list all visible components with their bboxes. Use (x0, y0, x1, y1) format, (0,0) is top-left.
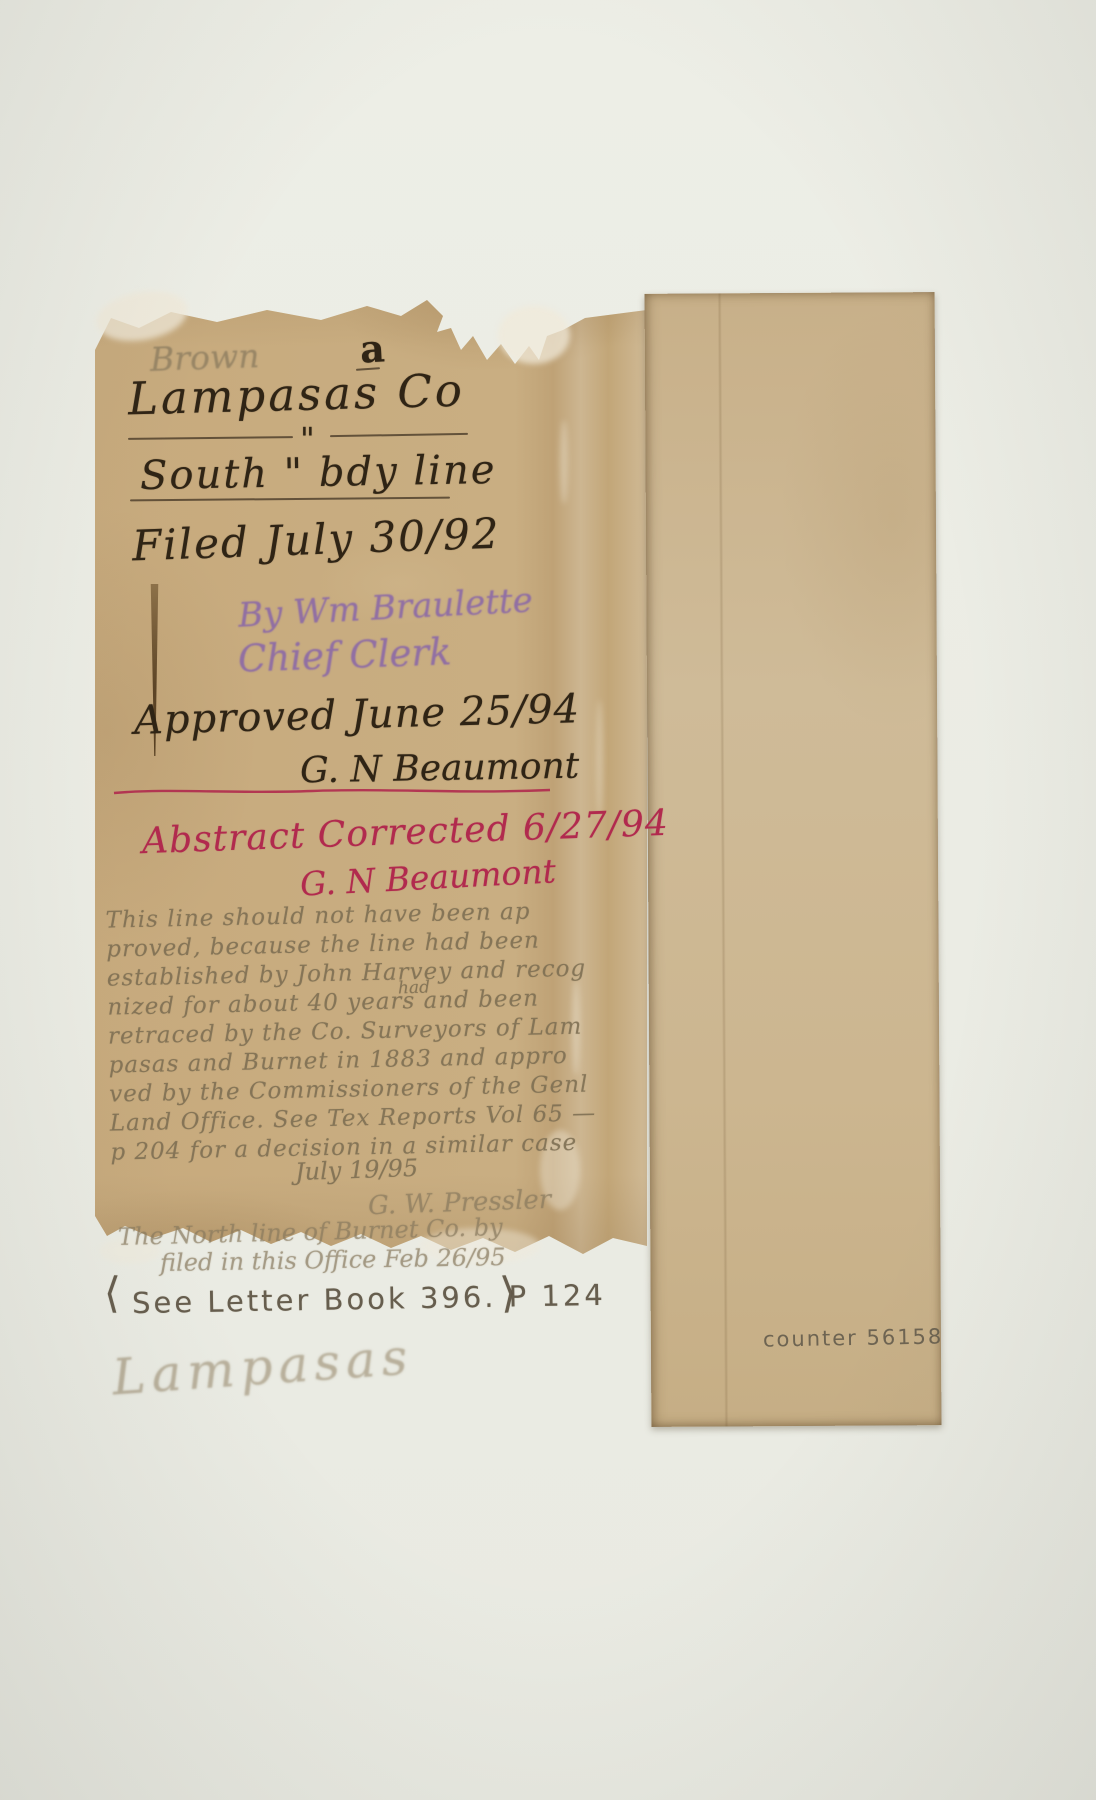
letter-book-bracket-open: ⟨ (103, 1268, 121, 1318)
ghost-county-name: Lampasas (110, 1328, 415, 1407)
counter-number: counter 56158 (763, 1324, 944, 1351)
torn-edge-fray (498, 306, 570, 364)
fold-crease (718, 293, 729, 1426)
seam-fray (596, 700, 603, 820)
letter-book-bracket-close: ⟩ (498, 1267, 518, 1317)
red-underline-divider (112, 784, 552, 798)
clerk-stamp-title: Chief Clerk (237, 630, 452, 680)
correction-letter-a: a (359, 325, 386, 371)
addendum-line-2: filed in this Office Feb 26/95 (160, 1243, 506, 1277)
scan-background: Brown a Lampasas Co " South " bdy line F… (0, 0, 1096, 1800)
county-title: Lampasas Co (127, 364, 465, 426)
pencil-memorandum: This line should not have been ap proved… (105, 897, 550, 1167)
document-wrapper-right-flap (645, 292, 942, 1427)
subject-line: South " bdy line (140, 447, 497, 499)
letter-book-reference: See Letter Book 396. P 124 (132, 1278, 606, 1320)
seam-fray (560, 420, 568, 504)
memo-date: July 19/95 (295, 1154, 419, 1186)
memo-inserted-word: had (398, 977, 431, 998)
